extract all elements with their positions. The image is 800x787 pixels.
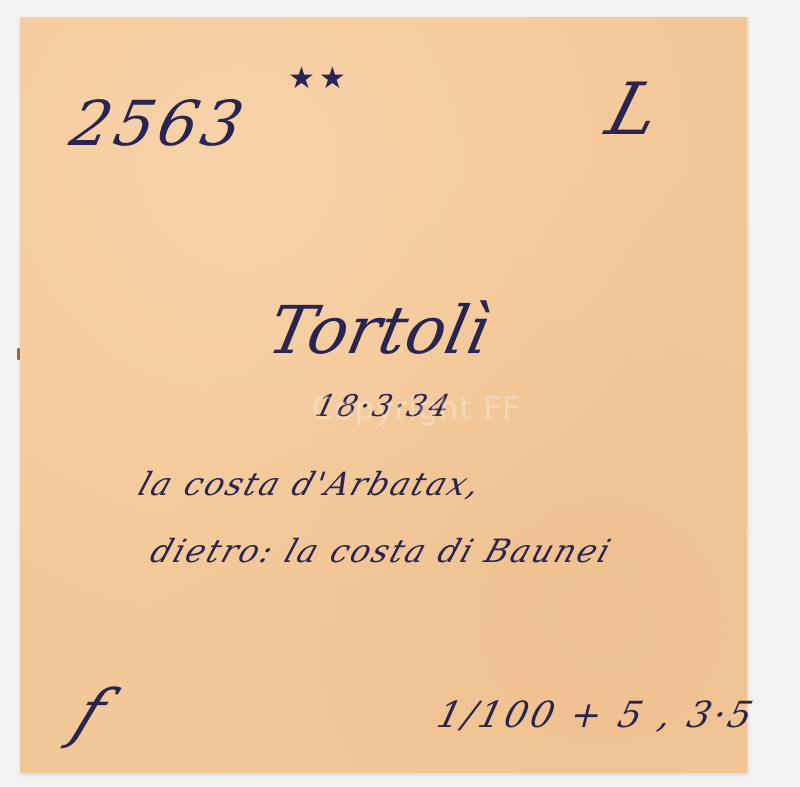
letter-mark: L (598, 67, 670, 151)
signature-mark: f (63, 677, 117, 751)
catalog-number: 2563 (64, 87, 253, 160)
star-marks-icon: ★★ (288, 61, 350, 96)
caption-line-2: dietro: la costa di Baunei (146, 532, 617, 570)
exposure-settings: 1/100 + 5 , 3·5 (433, 695, 760, 736)
edge-mark (17, 348, 20, 360)
paper-label: 2563 ★★ L Tortolì 18·3·34 Copyright FF l… (20, 17, 747, 773)
place-name: Tortolì (262, 292, 497, 369)
watermark: Copyright FF (312, 391, 521, 427)
caption-line-1: la costa d'Arbatax, (134, 465, 487, 503)
